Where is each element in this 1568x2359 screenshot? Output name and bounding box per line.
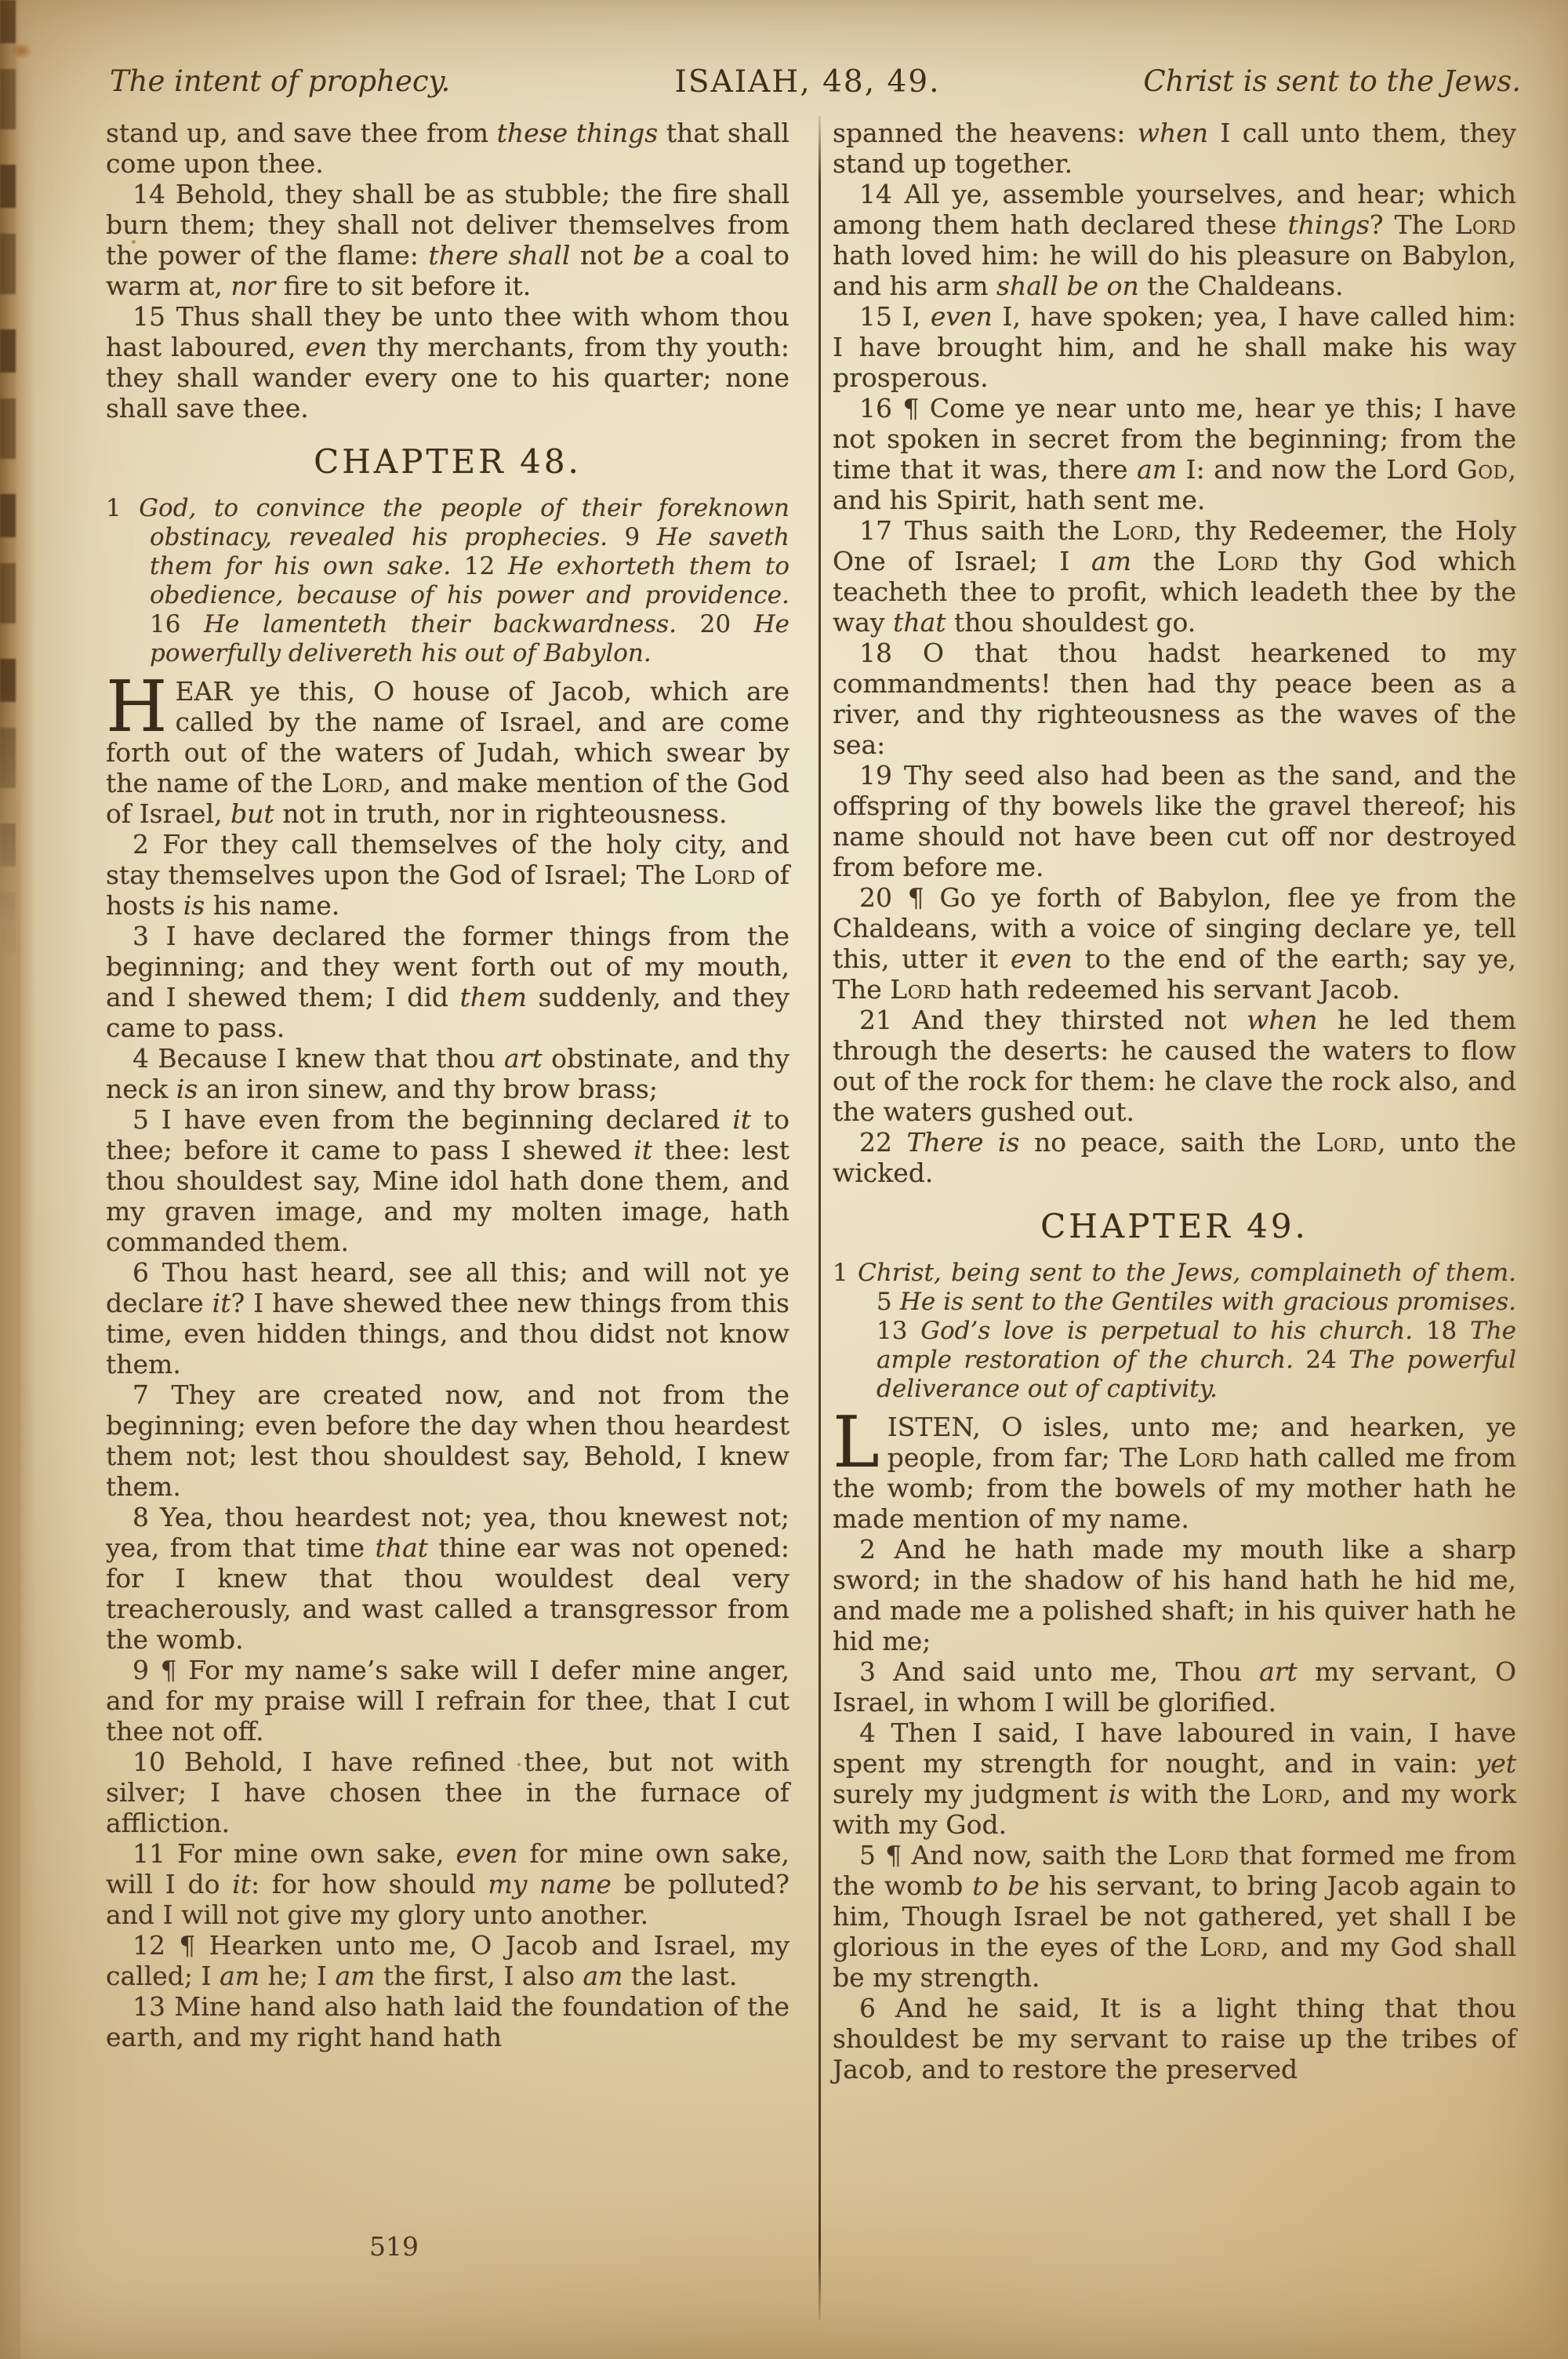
verse-paragraph: 16 ¶ Come ye near unto me, hear ye this;… <box>833 393 1516 515</box>
verse-paragraph: 6 And he said, It is a light thing that … <box>833 1993 1516 2085</box>
book-page-edge-fade <box>0 0 20 2359</box>
verse-paragraph: 14 Behold, they shall be as stubble; the… <box>106 179 789 301</box>
verse-text: EAR ye this, O house of Jacob, which are… <box>106 676 789 829</box>
verse-paragraph: 21 And they thirsted not when he led the… <box>833 1005 1516 1127</box>
verse-paragraph: 12 ¶ Hearken unto me, O Jacob and Israel… <box>106 1930 789 1991</box>
verse-paragraph: 6 Thou hast heard, see all this; and wil… <box>106 1257 789 1379</box>
verse-paragraph: 22 There is no peace, saith the Lord, un… <box>833 1127 1516 1188</box>
verse-paragraph: 7 They are created now, and not from the… <box>106 1379 789 1502</box>
chapter-heading: CHAPTER 49. <box>833 1207 1516 1246</box>
chapter-summary: 1 Christ, being sent to the Jews, compla… <box>833 1259 1516 1404</box>
verse-paragraph: 15 I, even I, have spoken; yea, I have c… <box>833 301 1516 393</box>
verse-paragraph: 5 I have even from the beginning declare… <box>106 1104 789 1257</box>
verse-paragraph: 2 For they call themselves of the holy c… <box>106 829 789 921</box>
running-head-left: The intent of prophecy. <box>110 64 450 98</box>
column-divider-rule <box>818 116 821 2320</box>
column-right: spanned the heavens: when I call unto th… <box>833 118 1516 2085</box>
verse-paragraph-dropcap: LISTEN, O isles, unto me; and hearken, y… <box>833 1412 1516 1534</box>
verse-continuation: spanned the heavens: when I call unto th… <box>833 118 1516 179</box>
verse-paragraph: 8 Yea, thou heardest not; yea, thou knew… <box>106 1502 789 1655</box>
chapter-summary: 1 God, to convince the people of their f… <box>106 494 789 668</box>
verse-paragraph: 11 For mine own sake, even for mine own … <box>106 1838 789 1930</box>
verse-text: ISTEN, O isles, unto me; and hearken, ye… <box>833 1412 1516 1534</box>
scanned-bible-page: The intent of prophecy. ISAIAH, 48, 49. … <box>0 0 1568 2359</box>
verse-paragraph: 3 And said unto me, Thou art my servant,… <box>833 1656 1516 1717</box>
verse-paragraph: 2 And he hath made my mouth like a sharp… <box>833 1534 1516 1656</box>
column-left: stand up, and save thee from these thing… <box>106 118 789 2052</box>
paper-speck <box>517 1763 521 1766</box>
verse-paragraph: 14 All ye, assemble yourselves, and hear… <box>833 179 1516 301</box>
running-head-center: ISAIAH, 48, 49. <box>674 64 940 100</box>
running-head: The intent of prophecy. ISAIAH, 48, 49. … <box>0 64 1568 107</box>
verse-paragraph: 9 ¶ For my name’s sake will I defer mine… <box>106 1655 789 1747</box>
running-head-right: Christ is sent to the Jews. <box>1143 64 1521 98</box>
verse-paragraph: 15 Thus shall they be unto thee with who… <box>106 301 789 423</box>
verse-continuation: stand up, and save thee from these thing… <box>106 118 789 179</box>
paper-stain <box>251 1192 353 1267</box>
verse-paragraph: 13 Mine hand also hath laid the foundati… <box>106 1991 789 2052</box>
verse-paragraph: 10 Behold, I have refined thee, but not … <box>106 1747 789 1838</box>
verse-paragraph-dropcap: HEAR ye this, O house of Jacob, which ar… <box>106 676 789 829</box>
verse-paragraph: 17 Thus saith the Lord, thy Redeemer, th… <box>833 515 1516 638</box>
paper-stain <box>9 42 33 60</box>
verse-paragraph: 20 ¶ Go ye forth of Babylon, flee ye fro… <box>833 882 1516 1005</box>
chapter-heading: CHAPTER 48. <box>106 442 789 482</box>
paper-speck <box>1250 1925 1254 1928</box>
page-number: 519 <box>106 2231 682 2262</box>
drop-cap-initial: H <box>106 681 168 734</box>
verse-paragraph: 3 I have declared the former things from… <box>106 921 789 1043</box>
verse-paragraph: 5 ¶ And now, saith the Lord that formed … <box>833 1840 1516 1993</box>
verse-paragraph: 4 Then I said, I have laboured in vain, … <box>833 1717 1516 1840</box>
verse-paragraph: 19 Thy seed also had been as the sand, a… <box>833 760 1516 882</box>
verse-paragraph: 4 Because I knew that thou art obstinate… <box>106 1043 789 1104</box>
paper-speck <box>132 240 136 244</box>
drop-cap-initial: L <box>833 1416 880 1470</box>
verse-paragraph: 18 O that thou hadst hearkened to my com… <box>833 638 1516 760</box>
